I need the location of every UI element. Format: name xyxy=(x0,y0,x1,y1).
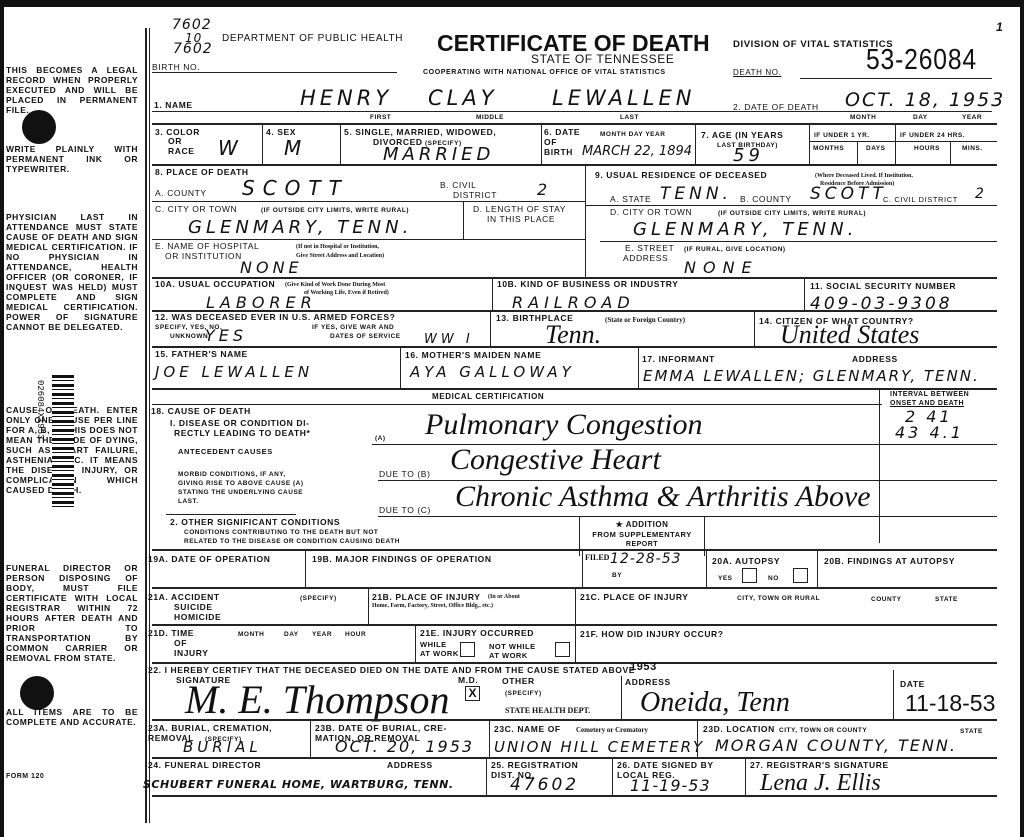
location-value: MORGAN COUNTY, TENN. xyxy=(715,736,957,756)
death-no-label: DEATH NO. xyxy=(733,68,781,78)
filed-label: FILED xyxy=(585,553,609,563)
pod-city-note: (IF OUTSIDE CITY LIMITS, WRITE RURAL) xyxy=(261,206,409,216)
dod-sub-year: YEAR xyxy=(962,113,982,123)
divider xyxy=(745,757,746,795)
marital-label-1: 5. SINGLE, MARRIED, WIDOWED, xyxy=(344,127,496,137)
divider xyxy=(490,310,491,346)
divider xyxy=(893,670,894,719)
row5-bottom xyxy=(152,346,997,348)
not-while-at-work-checkbox[interactable] xyxy=(555,642,570,657)
time-day: DAY xyxy=(284,630,299,640)
birth-no-label: BIRTH NO. xyxy=(152,62,200,72)
armed-specify-2: UNKNOWN xyxy=(170,332,208,342)
state-label: STATE OF TENNESSEE xyxy=(531,54,675,64)
res-city-value: GLENMARY, TENN. xyxy=(633,220,857,240)
registration-label-1: 25. REGISTRATION xyxy=(491,760,578,770)
morbid-label-4: LAST. xyxy=(178,497,199,507)
barcode xyxy=(52,375,74,510)
not-while-at-work-2: AT WORK xyxy=(489,651,528,661)
residence-label: 9. USUAL RESIDENCE OF DECEASED xyxy=(595,170,767,180)
divider xyxy=(638,346,639,388)
res-county-value: SCOTT xyxy=(810,184,887,204)
age-mins: MINS. xyxy=(962,144,983,154)
cause-label: 18. CAUSE OF DEATH xyxy=(151,406,251,416)
row1-line xyxy=(152,111,992,112)
disease-label-2: RECTLY LEADING TO DEATH* xyxy=(174,428,310,438)
supplementary-stamp-2: FROM SUPPLEMENTARY xyxy=(582,530,702,540)
mother-label: 16. MOTHER'S MAIDEN NAME xyxy=(405,350,541,360)
date-of-death-value: OCT. 18, 1953 xyxy=(845,90,1005,110)
medical-bottom xyxy=(152,549,997,551)
cooperating-label: COOPERATING WITH NATIONAL OFFICE OF VITA… xyxy=(423,68,666,78)
interval-a-2: 43 4.1 xyxy=(895,423,964,443)
divider xyxy=(809,124,810,164)
suicide-label: SUICIDE xyxy=(174,602,213,612)
time-of-injury-label-3: INJURY xyxy=(174,648,208,658)
place-c-city-col: CITY, TOWN OR RURAL xyxy=(737,594,820,604)
informant-value: EMMA LEWALLEN; GLENMARY, TENN. xyxy=(643,366,980,386)
divider xyxy=(492,277,493,310)
date-signed-label-1: 26. DATE SIGNED BY xyxy=(617,760,714,770)
department-label: DEPARTMENT OF PUBLIC HEALTH xyxy=(222,34,403,44)
age-months: MONTHS xyxy=(813,144,844,154)
supplementary-stamp-1: ★ ADDITION xyxy=(582,520,702,530)
how-injury-label: 21F. HOW DID INJURY OCCUR? xyxy=(580,629,724,639)
divider xyxy=(486,757,487,795)
pod-civil-value: 2 xyxy=(537,180,551,200)
dob-value: MARCH 22, 1894 xyxy=(582,142,692,162)
divider xyxy=(804,277,805,310)
row3a-line xyxy=(152,201,585,202)
time-month: MONTH xyxy=(238,630,264,640)
scan-left-border xyxy=(0,0,4,837)
age-label-1: 7. AGE (IN YEARS xyxy=(701,130,783,140)
divider-pod-residence xyxy=(585,164,586,277)
divider xyxy=(857,141,858,164)
divider xyxy=(575,624,576,662)
name-sub-middle: MIDDLE xyxy=(476,113,504,123)
cause-a-label: (A) xyxy=(375,434,386,444)
pod-stay-label-2: IN THIS PLACE xyxy=(487,214,555,224)
pod-civil-label-1: B. CIVIL xyxy=(440,180,476,190)
burial-date-label-1: 23B. DATE OF BURIAL, CRE- xyxy=(315,723,447,733)
birth-no-line xyxy=(152,72,397,73)
homicide-label: HOMICIDE xyxy=(174,612,221,622)
res-line-2 xyxy=(600,241,997,242)
divider xyxy=(415,624,416,662)
dod-sub-month: MONTH xyxy=(850,113,876,123)
interval-divider xyxy=(879,388,880,543)
death-no-value: 53-26084 xyxy=(866,44,977,77)
name-last: LEWALLEN xyxy=(552,88,695,108)
name-middle: CLAY xyxy=(428,88,498,108)
under-24-hrs: IF UNDER 24 HRS. xyxy=(900,131,965,141)
color-value: W xyxy=(218,138,242,158)
res-city-label: D. CITY OR TOWN xyxy=(610,207,692,217)
cause-c-line xyxy=(378,516,997,517)
divider xyxy=(463,201,464,239)
time-hour: HOUR xyxy=(345,630,366,640)
operation-findings-label: 19B. MAJOR FINDINGS OF OPERATION xyxy=(312,554,492,564)
pod-stay-label-1: D. LENGTH OF STAY xyxy=(473,204,566,214)
location-state-label: STATE xyxy=(960,727,983,737)
filed-by-label: BY xyxy=(612,571,622,581)
dob-label-1: 6. DATE xyxy=(544,127,580,137)
res-street-note: (IF RURAL, GIVE LOCATION) xyxy=(684,245,786,255)
divider xyxy=(575,587,576,624)
row22-bottom xyxy=(152,719,997,721)
date-signed-value: 11-19-53 xyxy=(630,776,711,796)
cemetery-label: 23C. NAME OF xyxy=(494,724,561,734)
registration-value: 47602 xyxy=(510,775,579,795)
autopsy-yes-label: YES xyxy=(718,574,733,584)
while-at-work-checkbox[interactable] xyxy=(460,642,475,657)
row21d-bottom xyxy=(152,662,997,664)
res-civil-label: C. CIVIL DISTRICT xyxy=(883,195,958,205)
cause-c-value: Chronic Asthma & Arthritis Above xyxy=(455,484,871,510)
marital-value: MARRIED xyxy=(383,145,494,165)
cause-b-value: Congestive Heart xyxy=(450,447,661,473)
funeral-director-value: SCHUBERT FUNERAL HOME, WARTBURG, TENN. xyxy=(143,775,454,795)
pod-county-value: SCOTT xyxy=(242,178,349,198)
armed-label: 12. WAS DECEASED EVER IN U.S. ARMED FORC… xyxy=(155,312,395,322)
margin-all-items-note: ALL ITEMS ARE TO BE COMPLETE AND ACCURAT… xyxy=(6,707,138,727)
name-first: HENRY xyxy=(300,88,392,108)
page-mark: 1 xyxy=(996,22,1003,32)
autopsy-findings-label: 20B. FINDINGS AT AUTOPSY xyxy=(824,556,955,566)
registrar-signature-label: 27. REGISTRAR'S SIGNATURE xyxy=(750,760,889,770)
name-label: 1. NAME xyxy=(154,100,193,110)
other-conditions-note-2: RELATED TO THE DISEASE OR CONDITION CAUS… xyxy=(184,537,400,547)
divider xyxy=(697,719,698,757)
time-year: YEAR xyxy=(312,630,332,640)
medical-line xyxy=(152,404,882,405)
divider xyxy=(706,549,707,587)
row6-bottom xyxy=(152,388,997,390)
punch-hole-bottom xyxy=(20,676,54,710)
location-note: CITY, TOWN OR COUNTY xyxy=(779,726,867,736)
age-hours: HOURS xyxy=(914,144,940,154)
dob-label-2: OF xyxy=(544,137,557,147)
citizen-value: United States xyxy=(780,322,919,348)
father-value: JOE LEWALLEN xyxy=(155,362,313,382)
name-sub-first: FIRST xyxy=(370,113,391,123)
while-at-work-2: AT WORK xyxy=(420,649,459,659)
pod-hospital-value: NONE xyxy=(240,258,303,278)
pod-county-label: A. COUNTY xyxy=(155,188,207,198)
color-label-2: OR xyxy=(168,136,182,146)
divider xyxy=(754,310,755,346)
cause-c-label: DUE TO (C) xyxy=(379,505,431,515)
disease-label-1: I. DISEASE OR CONDITION DI- xyxy=(170,418,309,428)
row3b-line xyxy=(152,239,585,240)
informant-address-label: ADDRESS xyxy=(852,354,898,364)
form-number: FORM 120 xyxy=(6,772,138,782)
autopsy-no-checkbox[interactable] xyxy=(793,568,808,583)
birthplace-value: Tenn. xyxy=(545,322,601,348)
cause-b-label: DUE TO (B) xyxy=(379,469,431,479)
time-of-injury-label-2: OF xyxy=(174,638,187,648)
accident-specify: (SPECIFY) xyxy=(300,594,337,604)
divider xyxy=(621,676,622,719)
md-checkbox[interactable]: X xyxy=(465,686,480,701)
age-days: DAYS xyxy=(866,144,885,154)
place-of-injury-note-2: Home, Farm, Factory, Street, Office Bldg… xyxy=(372,601,493,611)
armed-value: YES xyxy=(205,326,247,346)
accident-label: 21A. ACCIDENT xyxy=(148,592,220,602)
certify-stamp-date: 1953 xyxy=(630,662,657,672)
industry-label: 10B. KIND OF BUSINESS OR INDUSTRY xyxy=(497,279,678,289)
res-county-label: B. COUNTY xyxy=(740,194,792,204)
pod-hospital-label-1: E. NAME OF HOSPITAL xyxy=(155,241,259,251)
burial-value: BURIAL xyxy=(183,737,262,757)
pod-civil-label-2: DISTRICT xyxy=(453,190,497,200)
autopsy-label: 20A. AUTOPSY xyxy=(712,556,780,566)
divider xyxy=(262,124,263,164)
res-city-note: (IF OUTSIDE CITY LIMITS, WRITE RURAL) xyxy=(718,209,866,219)
dob-cols: MONTH DAY YEAR xyxy=(600,130,665,140)
sex-value: M xyxy=(284,138,305,158)
margin-legal-note: THIS BECOMES A LEGAL RECORD WHEN PROPERL… xyxy=(6,65,138,115)
divider xyxy=(400,346,401,388)
burial-label-1: 23A. BURIAL, CREMATION, xyxy=(148,723,272,733)
color-label-3: RACE xyxy=(168,146,195,156)
medical-title: MEDICAL CERTIFICATION xyxy=(432,392,544,402)
certify-address-label: ADDRESS xyxy=(625,677,671,687)
scan-top-border xyxy=(0,0,1024,7)
form-left-border xyxy=(145,28,147,823)
pod-hospital-label-2: OR INSTITUTION xyxy=(165,251,242,261)
location-label: 23D. LOCATION xyxy=(703,724,775,734)
margin-write-note: WRITE PLAINLY WITH PERMANENT INK OR TYPE… xyxy=(6,144,138,174)
divider xyxy=(310,719,311,757)
other-conditions-label: 2. OTHER SIGNIFICANT CONDITIONS xyxy=(170,517,340,527)
mother-value: AYA GALLOWAY xyxy=(410,362,575,382)
barcode-number: 026084X1953 xyxy=(35,380,45,439)
md-label: M.D. xyxy=(458,675,478,685)
pod-city-value: GLENMARY, TENN. xyxy=(188,218,412,238)
place-c-label: 21C. PLACE OF INJURY xyxy=(580,592,689,602)
place-of-death-label: 8. PLACE OF DEATH xyxy=(155,167,249,177)
divider xyxy=(582,549,583,587)
other-value: STATE HEALTH DEPT. xyxy=(505,706,590,716)
divider xyxy=(541,124,542,164)
divider xyxy=(305,549,306,587)
dod-sub-day: DAY xyxy=(913,113,928,123)
autopsy-no-label: NO xyxy=(768,574,779,584)
divider xyxy=(489,719,490,757)
filed-date: 12-28-53 xyxy=(610,549,682,569)
injury-occurred-label: 21E. INJURY OCCURRED xyxy=(420,628,534,638)
date-of-death-label: 2. DATE OF DEATH xyxy=(733,102,819,112)
antecedent-label: ANTECEDENT CAUSES xyxy=(178,447,273,457)
place-c-county-col: COUNTY xyxy=(871,595,901,605)
row2-bottom xyxy=(152,164,997,166)
funeral-address-label: ADDRESS xyxy=(387,760,433,770)
res-street-label-2: ADDRESS xyxy=(623,253,668,263)
margin-physician-note: PHYSICIAN LAST IN ATTENDANCE MUST STATE … xyxy=(6,212,138,332)
res-state-label: A. STATE xyxy=(610,194,651,204)
death-no-line xyxy=(800,78,992,79)
morbid-underline xyxy=(166,514,296,515)
birth-no-handwritten-3: 7602 xyxy=(173,39,213,59)
divider xyxy=(612,757,613,795)
divider xyxy=(817,549,818,587)
under-1-yr: IF UNDER 1 YR. xyxy=(814,131,870,141)
cemetery-value: UNION HILL CEMETERY xyxy=(494,737,704,757)
birthplace-note: (State or Foreign Country) xyxy=(605,315,685,325)
occupation-label: 10A. USUAL OCCUPATION xyxy=(155,279,275,289)
time-of-injury-label-1: 21D. TIME xyxy=(148,628,194,638)
res-civil-value: 2 xyxy=(975,184,988,204)
age-value: 59 xyxy=(733,146,764,166)
other-specify-label: (SPECIFY) xyxy=(505,689,542,699)
place-c-state-col: STATE xyxy=(935,595,958,605)
operation-date-label: 19A. DATE OF OPERATION xyxy=(148,554,270,564)
certify-date-value: 11-18-53 xyxy=(905,690,995,717)
punch-hole-top xyxy=(22,110,56,144)
pod-hospital-note-2: Give Street Address and Location) xyxy=(296,251,384,261)
divider xyxy=(695,124,696,164)
registrar-signature: Lena J. Ellis xyxy=(760,770,881,796)
row23-bottom xyxy=(152,757,997,759)
informant-label: 17. INFORMANT xyxy=(642,354,715,364)
certify-date-label: DATE xyxy=(900,679,925,689)
certify-text: 22. I HEREBY CERTIFY THAT THE DECEASED D… xyxy=(148,665,635,675)
scan-right-border xyxy=(1020,0,1024,837)
certifier-signature: M. E. Thompson xyxy=(185,680,449,720)
divider xyxy=(895,124,896,164)
res-line-1 xyxy=(585,205,997,206)
other-label: OTHER xyxy=(502,676,535,686)
divider xyxy=(950,141,951,164)
funeral-director-label: 24. FUNERAL DIRECTOR xyxy=(148,760,261,770)
burial-date-value: OCT. 20, 1953 xyxy=(335,737,474,757)
name-sub-last: LAST xyxy=(620,113,639,123)
row1-bottom xyxy=(152,123,997,125)
cemetery-note: Cemetery or Crematory xyxy=(576,725,648,735)
ssn-label: 11. SOCIAL SECURITY NUMBER xyxy=(810,281,956,291)
res-street-value: NONE xyxy=(684,258,759,278)
armed-war-label-2: DATES OF SERVICE xyxy=(330,332,401,342)
divider xyxy=(340,124,341,164)
margin-funeral-note: FUNERAL DIRECTOR OR PERSON DISPOSING OF … xyxy=(6,563,138,663)
res-street-label-1: E. STREET xyxy=(625,243,674,253)
father-label: 15. FATHER'S NAME xyxy=(155,349,248,359)
certify-address-value: Oneida, Tenn xyxy=(640,690,790,716)
autopsy-yes-checkbox[interactable] xyxy=(742,568,757,583)
form-bottom xyxy=(152,795,997,797)
cause-a-value: Pulmonary Congestion xyxy=(425,412,703,438)
pod-city-label: C. CITY OR TOWN xyxy=(155,204,237,214)
form-left-border-inner xyxy=(149,28,150,823)
divider xyxy=(368,587,369,624)
age-subline xyxy=(809,141,997,142)
res-state-value: TENN. xyxy=(660,184,732,204)
dob-label-3: BIRTH xyxy=(544,147,573,157)
